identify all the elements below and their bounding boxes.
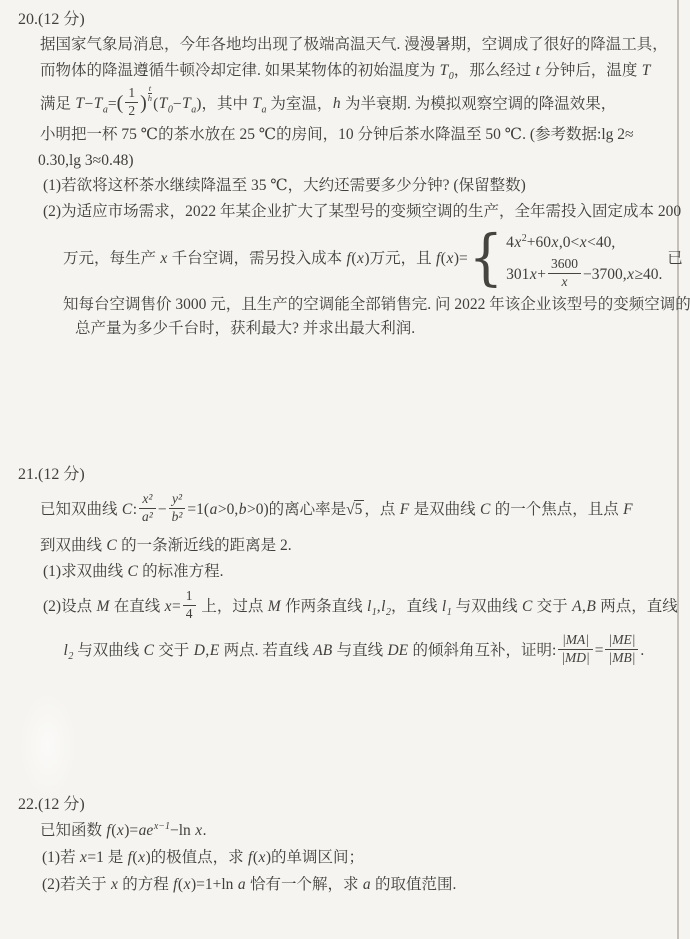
fraction-numerator: x² xyxy=(139,491,156,509)
fraction-numerator: 1 xyxy=(125,85,138,103)
text-segment: 作两条直线 xyxy=(281,598,366,615)
text-segment: 在直线 xyxy=(110,598,164,615)
fraction-numerator: 1 xyxy=(183,588,196,606)
text-segment: ，那么经过 xyxy=(454,62,535,79)
text-segment: 恰有一个解，求 xyxy=(246,876,362,893)
math-segment: M xyxy=(267,598,281,615)
curly-brace: { xyxy=(469,226,503,291)
text-segment: = xyxy=(172,598,181,615)
text-segment: =1 是 xyxy=(87,849,127,866)
problem-20: 20.(12 分) 据国家气象局消息，今年各地均出现了极端高温天气. 漫漫暑期，… xyxy=(18,7,676,341)
text-segment: : xyxy=(133,501,137,518)
text-segment: = xyxy=(595,642,604,659)
piecewise-rows: 4x2+60x,0<x<40,301x+3600x−3700,x≥40. xyxy=(506,227,662,289)
text-segment: =1( xyxy=(187,501,209,518)
text-segment: ,0< xyxy=(559,234,579,251)
text-segment: − xyxy=(173,95,182,112)
text-segment: 的方程 xyxy=(118,876,172,893)
fraction: |ME||MB| xyxy=(605,632,638,667)
math-segment: x xyxy=(446,250,454,267)
text-segment: (2)若关于 xyxy=(42,876,110,893)
text-segment: 0.30,lg 3≈0.48) xyxy=(38,152,133,169)
text-segment: ，直线 xyxy=(391,598,441,615)
fraction: x²a² xyxy=(139,491,156,526)
text-segment: 满足 xyxy=(40,95,75,112)
text-line: (2)若关于 x 的方程 f(x)=1+ln a 恰有一个解，求 a 的取值范围… xyxy=(42,871,676,898)
text-line: 而物体的降温遵循牛顿冷却定律. 如果某物体的初始温度为 T0，那么经过 t 分钟… xyxy=(40,58,676,84)
math-segment: C xyxy=(106,537,117,554)
fraction-numerator: y² xyxy=(169,491,186,509)
text-segment: ) xyxy=(140,92,147,114)
exponent-fraction: th xyxy=(148,84,152,104)
text-segment: (2)为适应市场需求，2022 年某企业扩大了某型号的变频空调的生产，全年需投入… xyxy=(43,203,681,220)
text-segment: (2)设点 xyxy=(43,598,96,615)
text-line: 满足 T−Ta=(12)th(T0−Ta)，其中 Ta 为室温，h 为半衰期. … xyxy=(40,84,676,122)
text-line: 据国家气象局消息，今年各地均出现了极端高温天气. 漫漫暑期，空调成了很好的降温工… xyxy=(40,32,676,58)
math-segment: F xyxy=(623,501,633,518)
math-segment: x xyxy=(164,598,172,615)
math-segment: B xyxy=(586,598,596,615)
text-segment: 的一个焦点，且点 xyxy=(491,501,623,518)
math-segment: D xyxy=(193,642,205,659)
text-line: (2)设点 M 在直线 x=14 上，过点 M 作两条直线 l1,l2，直线 l… xyxy=(43,585,676,629)
math-segment: h xyxy=(332,95,341,112)
text-segment: +60 xyxy=(527,234,551,251)
text-segment: >0, xyxy=(218,501,238,518)
text-segment: 两点，直线 xyxy=(596,598,677,615)
text-segment: 两点. 若直线 xyxy=(220,642,313,659)
problem-22-body: 已知函数 f(x)=aex−1−ln x.(1)若 x=1 是 f(x)的极值点… xyxy=(18,817,676,898)
piecewise-row: 4x2+60x,0<x<40, xyxy=(506,227,662,258)
superscript: x−1 xyxy=(154,821,170,832)
text-segment: )的极值点，求 xyxy=(145,849,247,866)
text-line: 知每台空调售价 3000 元，且生产的空调能全部销售完. 问 2022 年该企业… xyxy=(63,293,676,317)
math-segment: C xyxy=(121,501,132,518)
text-line: 小明把一杯 75 ℃的茶水放在 25 ℃的房间，10 分钟后茶水降温至 50 ℃… xyxy=(40,122,676,148)
math-segment: ae xyxy=(138,822,154,839)
math-segment: A xyxy=(572,598,582,615)
math-segment: T xyxy=(439,62,449,79)
text-line: 万元，每生产 x 千台空调，需另投入成本 f(x)万元，且 f(x)={4x2+… xyxy=(63,225,676,293)
text-line: (1)若 x=1 是 f(x)的极值点，求 f(x)的单调区间； xyxy=(42,844,676,871)
text-segment: . xyxy=(203,822,207,839)
fraction-denominator: a² xyxy=(139,509,156,526)
text-segment: 小明把一杯 75 ℃的茶水放在 25 ℃的房间，10 分钟后茶水降温至 50 ℃… xyxy=(40,126,634,143)
text-segment: 到双曲线 xyxy=(40,537,106,554)
math-segment: C xyxy=(480,501,491,518)
math-segment: F xyxy=(399,501,409,518)
text-segment: 而物体的降温遵循牛顿冷却定律. 如果某物体的初始温度为 xyxy=(40,62,439,79)
exponent-denominator: h xyxy=(148,94,152,103)
math-segment: x xyxy=(579,234,587,251)
text-segment: . xyxy=(640,642,644,659)
fraction: |MA||MD| xyxy=(558,632,592,667)
text-segment: ( xyxy=(132,849,137,866)
text-segment: )的单调区间； xyxy=(266,849,364,866)
text-segment: 的标准方程. xyxy=(138,563,223,580)
square-root: √5 xyxy=(346,501,364,518)
text-segment: ( xyxy=(117,92,124,114)
fraction-denominator: b² xyxy=(169,509,186,526)
fraction: 3600x xyxy=(548,256,581,291)
math-segment: x xyxy=(195,822,203,839)
text-segment: 与双曲线 xyxy=(73,642,143,659)
fraction-numerator: |MA| xyxy=(558,632,592,650)
math-segment: T xyxy=(75,95,85,112)
math-segment: T xyxy=(93,95,103,112)
text-segment: + xyxy=(537,266,546,283)
text-segment: 交于 xyxy=(533,598,572,615)
text-line: (2)为适应市场需求，2022 年某企业扩大了某型号的变频空调的生产，全年需投入… xyxy=(43,199,676,225)
text-segment: 的一条渐近线的距离是 2. xyxy=(117,537,291,554)
math-segment: T xyxy=(252,95,262,112)
text-segment: (1)若 xyxy=(42,849,79,866)
problem-21-header: 21.(12 分) xyxy=(18,462,676,487)
math-segment: T xyxy=(158,95,168,112)
text-segment: 知每台空调售价 3000 元，且生产的空调能全部销售完. 问 2022 年该企业… xyxy=(63,296,690,313)
text-segment: 与直线 xyxy=(333,642,387,659)
math-segment: x xyxy=(551,234,559,251)
text-segment: 301 xyxy=(506,266,529,283)
fraction: 12 xyxy=(125,85,138,120)
problem-22: 22.(12 分) 已知函数 f(x)=aex−1−ln x.(1)若 x=1 … xyxy=(18,792,676,898)
text-segment: − xyxy=(158,501,167,518)
text-segment: 分钟后，温度 xyxy=(540,62,641,79)
math-segment: T xyxy=(641,62,651,79)
problem-20-header: 20.(12 分) xyxy=(18,7,676,32)
text-segment: )=1+ln xyxy=(191,876,237,893)
fraction: 14 xyxy=(183,588,196,623)
text-segment: ≥40. xyxy=(635,266,663,283)
text-line: l2 与双曲线 C 交于 D,E 两点. 若直线 AB 与直线 DE 的倾斜角互… xyxy=(63,629,676,673)
math-segment: C xyxy=(521,598,532,615)
text-line: 到双曲线 C 的一条渐近线的距离是 2. xyxy=(40,533,676,559)
fraction-numerator: |ME| xyxy=(605,632,638,650)
text-segment: = xyxy=(108,95,117,112)
math-segment: E xyxy=(209,642,219,659)
text-segment: 4 xyxy=(506,234,514,251)
text-segment: (1)若欲将这杯茶水继续降温至 35 ℃，大约还需要多少分钟? (保留整数) xyxy=(43,177,526,194)
text-segment: 的倾斜角互补，证明: xyxy=(409,642,557,659)
text-segment: 已知双曲线 xyxy=(40,501,121,518)
fraction-denominator: x xyxy=(548,274,581,291)
text-line: (1)求双曲线 C 的标准方程. xyxy=(43,559,676,585)
text-segment: 千台空调，需另投入成本 xyxy=(168,250,346,267)
scan-smudge-artifact xyxy=(18,690,78,800)
math-segment: x xyxy=(160,250,168,267)
text-segment: −ln xyxy=(170,822,195,839)
text-segment: 是双曲线 xyxy=(410,501,480,518)
math-segment: a xyxy=(209,501,218,518)
math-segment: DE xyxy=(387,642,409,659)
math-segment: x xyxy=(258,849,266,866)
text-segment: 上，过点 xyxy=(198,598,268,615)
fraction-denominator: 4 xyxy=(183,606,196,623)
text-line: 已知双曲线 C:x²a²−y²b²=1(a>0,b>0)的离心率是√5，点 F … xyxy=(40,487,676,533)
radicand: 5 xyxy=(354,500,365,518)
problem-21: 21.(12 分) 已知双曲线 C:x²a²−y²b²=1(a>0,b>0)的离… xyxy=(18,462,676,673)
text-segment: 与双曲线 xyxy=(452,598,522,615)
problem-22-header: 22.(12 分) xyxy=(18,792,676,817)
text-segment: 已知函数 xyxy=(40,822,106,839)
text-segment: >0)的离心率是 xyxy=(247,501,346,518)
text-segment: 的取值范围. xyxy=(371,876,456,893)
text-segment: 已 xyxy=(663,250,682,267)
math-segment: C xyxy=(127,563,138,580)
text-line: 总产量为多少千台时，获利最大? 并求出最大利润. xyxy=(75,317,676,341)
text-line: (1)若欲将这杯茶水继续降温至 35 ℃，大约还需要多少分钟? (保留整数) xyxy=(43,173,676,199)
piecewise-function: {4x2+60x,0<x<40,301x+3600x−3700,x≥40. xyxy=(469,227,663,289)
text-segment: 总产量为多少千台时，获利最大? 并求出最大利润. xyxy=(75,320,415,337)
math-segment: C xyxy=(143,642,154,659)
text-segment: )= xyxy=(454,250,468,267)
exam-page: { "page": { "background": "#f5f4f0", "te… xyxy=(0,0,690,939)
text-segment: <40, xyxy=(587,234,615,251)
fraction-denominator: |MD| xyxy=(558,650,592,667)
text-segment: )，其中 xyxy=(196,95,252,112)
math-segment: b xyxy=(238,501,247,518)
math-segment: M xyxy=(96,598,110,615)
text-line: 已知函数 f(x)=aex−1−ln x. xyxy=(40,817,676,844)
text-segment: (1)求双曲线 xyxy=(43,563,127,580)
text-segment: )万元，且 xyxy=(364,250,435,267)
problem-20-body: 据国家气象局消息，今年各地均出现了极端高温天气. 漫漫暑期，空调成了很好的降温工… xyxy=(18,32,676,341)
fraction-numerator: 3600 xyxy=(548,256,581,274)
math-segment: T xyxy=(182,95,192,112)
text-segment: −3700, xyxy=(583,266,627,283)
text-segment: ( xyxy=(351,250,356,267)
math-segment: a xyxy=(362,876,371,893)
fraction-denominator: 2 xyxy=(125,103,138,120)
piecewise-row: 301x+3600x−3700,x≥40. xyxy=(506,258,662,289)
scan-edge-line xyxy=(677,0,679,939)
text-segment: − xyxy=(85,95,94,112)
text-segment: 为室温， xyxy=(266,95,332,112)
text-segment: ，点 xyxy=(364,501,399,518)
math-segment: x xyxy=(627,266,635,283)
text-segment: 据国家气象局消息，今年各地均出现了极端高温天气. 漫漫暑期，空调成了很好的降温工… xyxy=(40,36,668,53)
problem-21-body: 已知双曲线 C:x²a²−y²b²=1(a>0,b>0)的离心率是√5，点 F … xyxy=(18,487,676,673)
fraction: y²b² xyxy=(169,491,186,526)
math-segment: a xyxy=(237,876,246,893)
math-segment: x xyxy=(183,876,191,893)
math-segment: x xyxy=(514,234,522,251)
text-segment: 交于 xyxy=(154,642,193,659)
text-segment: 为半衰期. 为模拟观察空调的降温效果， xyxy=(341,95,616,112)
text-segment: 万元，每生产 xyxy=(63,250,160,267)
fraction-denominator: |MB| xyxy=(605,650,638,667)
text-line: 0.30,lg 3≈0.48) xyxy=(38,148,676,173)
text-segment: )= xyxy=(124,822,138,839)
math-segment: AB xyxy=(313,642,333,659)
